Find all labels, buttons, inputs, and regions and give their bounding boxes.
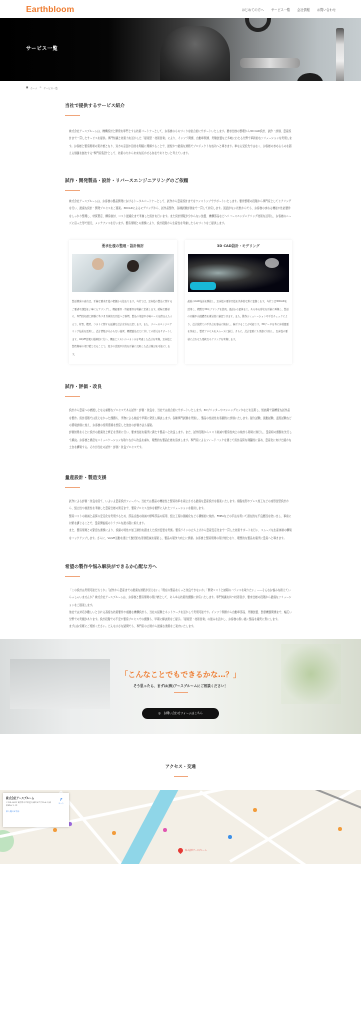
access-title: アクセス・交通 [0,764,361,770]
card-body: 最新のCAD技術を駆使し、お客様の要求仕様を具体的な形に変換します。当社では3D… [188,298,290,343]
cta-catchphrase: 「こんなことでもできるかな…？」 [0,639,361,680]
cta-underline [174,692,188,693]
page-title: サービス一覧 [26,45,58,52]
nav-item-first-time[interactable]: はじめての方へ [242,4,264,15]
hero-ring-image [245,18,271,32]
map-pin-label: 株式会社アースブルーム [185,849,207,852]
title-underline [65,115,80,116]
home-icon: ■ [26,86,28,89]
main-content: 当社で提供するサービス紹介 株式会社アースブルームは、機構設計と開発を専門とする… [0,103,361,631]
section-body: 株式会社アースブルームは、機構設計と開発を専門とする技術パートナーとして、お客様… [65,128,296,157]
map-poi-icon[interactable] [163,828,167,832]
meeting-photo [72,254,174,292]
section-intro: 当社で提供するサービス紹介 株式会社アースブルームは、機構設計と開発を専門とする… [65,103,296,157]
title-underline [65,190,80,191]
map-poi-icon[interactable] [112,831,116,835]
map-poi-icon[interactable] [228,835,232,839]
section-worry: 希望の製作や悩み解決ができるか心配な方へ 「この設計は実現可能だろうか」「試作か… [65,564,296,631]
card-title: 要求仕様の整理・設計検討 [72,244,174,249]
hero-spark-plug-vertical-image [336,28,344,81]
section-title: 当社で提供するサービス紹介 [65,103,296,109]
title-underline [65,396,80,397]
service-cards: 要求仕様の整理・設計検討 製品開発の成功は、正確な要求仕様の把握から始まります。… [65,240,296,364]
breadcrumb: ■ ホーム > サービス一覧 [0,81,361,91]
section-body: 設計から量産への橋渡しとなる重要なプロセスである試作・評価・改良を、当社では総合… [65,407,296,451]
contact-form-button-label: お問い合わせフォームはこちら [164,711,203,715]
title-underline [174,776,188,777]
cad-render-image [188,254,290,292]
section-body: 「この設計は実現可能だろうか」「試作から量産までの最適な道筋が見えない」「現在の… [65,587,296,631]
section-design: 試作・開発製品・設計・リバースエンジニアリングのご依頼 株式会社アースブルームは… [65,178,296,364]
map-place-name: 株式会社アースブルーム [6,796,66,800]
map-road [199,790,332,864]
card-body: 製品開発の成功は、正確な要求仕様の把握から始まります。当社では、お客様の製品に関… [72,298,174,358]
card-3d-cad: 3D CAD設計・モデリング 最新のCAD技術を駆使し、お客様の要求仕様を具体的… [185,240,293,364]
map-route-button[interactable]: ↱ ルート [58,797,64,805]
hero-machine-part-image [160,26,230,81]
map-info-card: 株式会社アースブルーム 〒101-0021 東京都千代田区外神田 6丁目15-6… [3,793,69,827]
breadcrumb-home[interactable]: ホーム [30,86,37,90]
contact-cta-banner: 「こんなことでもできるかな…？」 そう思ったら、まずは(株)アースブルームにご相… [0,639,361,734]
map-poi-icon[interactable] [253,808,257,812]
section-title: 希望の製作や悩み解決ができるか心配な方へ [65,564,296,570]
map-address: 〒101-0021 東京都千代田区外神田 6丁目15-6 外神田MSビル 7F [6,802,52,808]
section-body: 試作による評価・改良を経て、いよいよ量産設計フェーズへ。当社では製品の機能性と製… [65,498,296,542]
hero-seal-image [297,73,323,81]
map-poi-icon[interactable] [338,827,342,831]
section-title: 試作・開発製品・設計・リバースエンジニアリングのご依頼 [65,178,296,184]
map-route-label: ルート [58,802,64,805]
section-title: 試作・評価・改良 [65,384,296,390]
section-prototype: 試作・評価・改良 設計から量産への橋渡しとなる重要なプロセスである試作・評価・改… [65,384,296,451]
map-larger-link[interactable]: 拡大地図を表示 [6,810,66,813]
access-section: アクセス・交通 株式会社アースブルーム 〒101-0021 東京都千代田区外神田… [0,764,361,864]
map-poi-icon[interactable] [53,828,57,832]
card-title: 3D CAD設計・モデリング [188,244,290,249]
title-underline [65,576,80,577]
map-river [117,790,178,864]
section-mass-production: 量産設計・製造支援 試作による評価・改良を経て、いよいよ量産設計フェーズへ。当社… [65,475,296,542]
nav-item-contact[interactable]: お問い合わせ [317,4,336,15]
card-requirements: 要求仕様の整理・設計検討 製品開発の成功は、正確な要求仕様の把握から始まります。… [69,240,177,364]
breadcrumb-current: サービス一覧 [43,86,57,90]
cta-subtext: そう思ったら、まずは(株)アースブルームにご相談ください！ [0,683,361,688]
section-body: 株式会社アースブルームは、お客様の製品開発におけるトータルパートナーとして、試作… [65,198,296,227]
hero-spark-plug-image [240,58,300,68]
site-header: Earthbloom はじめての方へ サービス一覧 会社情報 お問い合わせ [0,0,361,18]
site-logo[interactable]: Earthbloom [26,4,74,14]
breadcrumb-separator: > [39,86,41,89]
contact-form-button[interactable]: ◎ お問い合わせフォームはこちら [142,708,218,719]
section-title: 量産設計・製造支援 [65,475,296,481]
nav-item-services[interactable]: サービス一覧 [271,4,290,15]
page-hero: サービス一覧 [0,18,361,81]
nav-item-company[interactable]: 会社情報 [297,4,310,15]
main-nav: はじめての方へ サービス一覧 会社情報 お問い合わせ [242,4,336,15]
map-pin-icon[interactable] [177,847,184,854]
contact-icon: ◎ [158,711,160,715]
google-map[interactable]: 株式会社アースブルーム 〒101-0021 東京都千代田区外神田 6丁目15-6… [0,790,361,864]
title-underline [65,487,80,488]
